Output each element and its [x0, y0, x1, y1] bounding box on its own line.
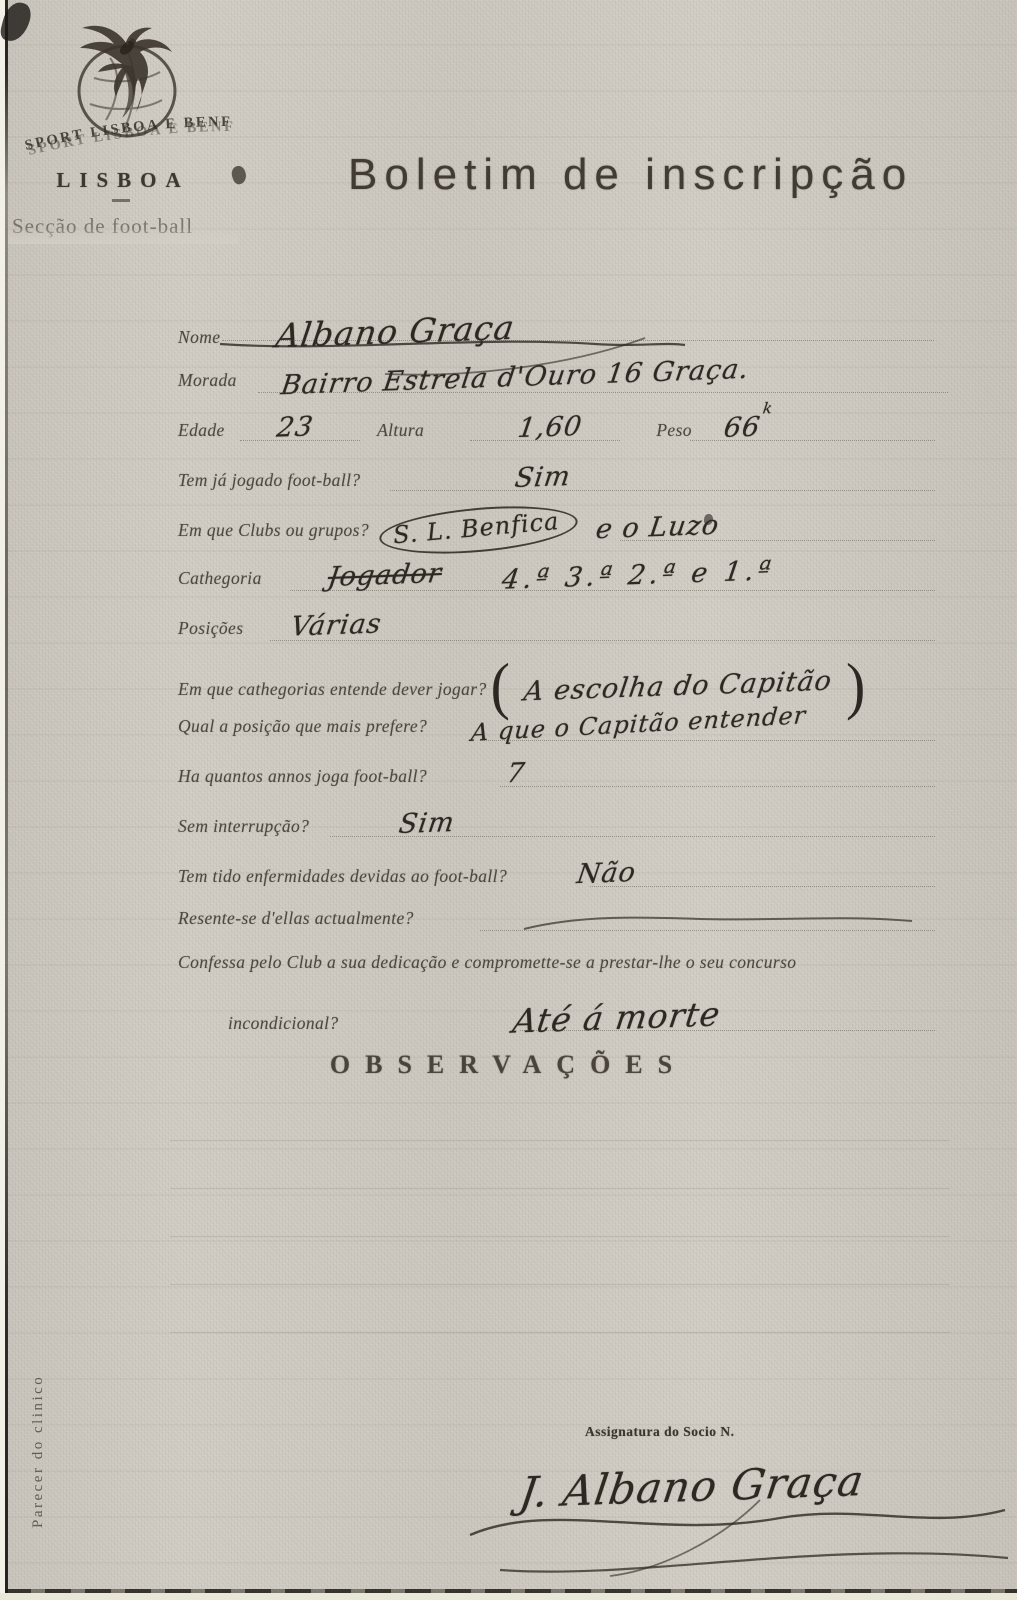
ruled-line [170, 1188, 950, 1189]
field-row-posicao-prefere: Qual a posição que mais prefere? A que o… [178, 710, 807, 738]
field-row-enfermidades: Tem tido enfermidades devidas ao foot-ba… [178, 858, 636, 889]
paren-close: ) [846, 649, 865, 723]
scan-edge-line [5, 0, 8, 1600]
answer-line [480, 740, 935, 741]
field-label: Cathegoria [178, 568, 262, 588]
field-row-annos: Ha quantos annos joga foot-ball? 7 [178, 758, 525, 789]
ruled-line [170, 1332, 950, 1333]
ruled-line [170, 1236, 950, 1237]
clinic-note-vertical: Parecer do clinico [30, 1288, 47, 1528]
field-label: Altura [377, 420, 424, 440]
scan-edge-bottom-strip [0, 1593, 1017, 1600]
field-value-handwritten: Até á morte [510, 994, 723, 1040]
field-label: Confessa pelo Club a sua dedicação e com… [178, 952, 796, 972]
field-label: Qual a posição que mais prefere? [178, 716, 427, 736]
field-row-posicoes: Posições Várias [178, 610, 382, 641]
observations-heading: OBSERVAÇÕES [0, 1050, 1017, 1080]
answer-line [290, 590, 935, 591]
field-label: Edade [178, 420, 225, 440]
stamp-divider [112, 199, 130, 202]
field-label: Morada [178, 370, 237, 390]
answer-line [470, 440, 620, 441]
field-label: Em que cathegorias entende dever jogar? [178, 679, 487, 699]
answer-line [620, 540, 935, 541]
answer-line [240, 440, 360, 441]
answer-line [590, 886, 935, 887]
field-row-edade-altura-peso: Edade 23 Altura 1,60 Peso 66k [178, 412, 770, 443]
answer-line [330, 836, 935, 837]
scanned-form-page: SPORT LISBOA E BENFICA SPORT LISBOA E BE… [0, 0, 1017, 1600]
signature-label: Assignatura do Socio N. [585, 1424, 735, 1440]
field-value-handwritten: 23 [275, 411, 316, 443]
field-row-confessa-cont: incondicional? Até á morte [228, 998, 720, 1037]
field-label: Tem já jogado foot-ball? [178, 470, 361, 490]
field-value-circled: S. L. Benfica [377, 499, 579, 560]
answer-line [480, 930, 935, 931]
field-label: Resente-se d'ellas actualmente? [178, 908, 414, 928]
answer-line [690, 440, 935, 441]
field-row-cathegoria: Cathegoria Jogador 4.ª 3.ª 2.ª e 1.ª [178, 560, 774, 591]
field-row-confessa: Confessa pelo Club a sua dedicação e com… [178, 952, 796, 973]
field-label: Posições [178, 618, 243, 638]
field-row-morada: Morada Bairro Estrela d'Ouro 16 Graça. [178, 362, 749, 393]
answer-line [270, 640, 935, 641]
field-label: Em que Clubs ou grupos? [178, 520, 369, 540]
field-row-resente: Resente-se d'ellas actualmente? [178, 908, 414, 929]
field-row-clubs: Em que Clubs ou grupos? S. L. Benfica e … [178, 508, 719, 552]
field-label: incondicional? [228, 1013, 339, 1033]
field-value-handwritten: 66k [722, 411, 773, 444]
field-row-interrupcao: Sem interrupção? Sim [178, 808, 455, 839]
field-label: Peso [656, 420, 692, 440]
ruled-line [170, 1284, 950, 1285]
answer-line [500, 786, 935, 787]
answer-line [520, 1030, 935, 1031]
answer-line [258, 392, 948, 393]
fade-streak [8, 228, 238, 244]
ruled-line [170, 1140, 950, 1141]
field-value-handwritten: 7 [505, 758, 528, 790]
signature-flourish [460, 1480, 1016, 1590]
answer-line [390, 490, 935, 491]
stamp-city: LISBOA [28, 168, 218, 193]
field-value-handwritten: Jogador [326, 558, 444, 593]
field-label: Tem tido enfermidades devidas ao foot-ba… [178, 866, 507, 886]
field-value-handwritten: Várias [289, 608, 384, 642]
field-label: Sem interrupção? [178, 816, 309, 836]
field-row-jogado: Tem já jogado foot-ball? Sim [178, 462, 570, 493]
page-title: Boletim de inscripção [348, 150, 913, 200]
field-label: Ha quantos annos joga foot-ball? [178, 766, 427, 786]
